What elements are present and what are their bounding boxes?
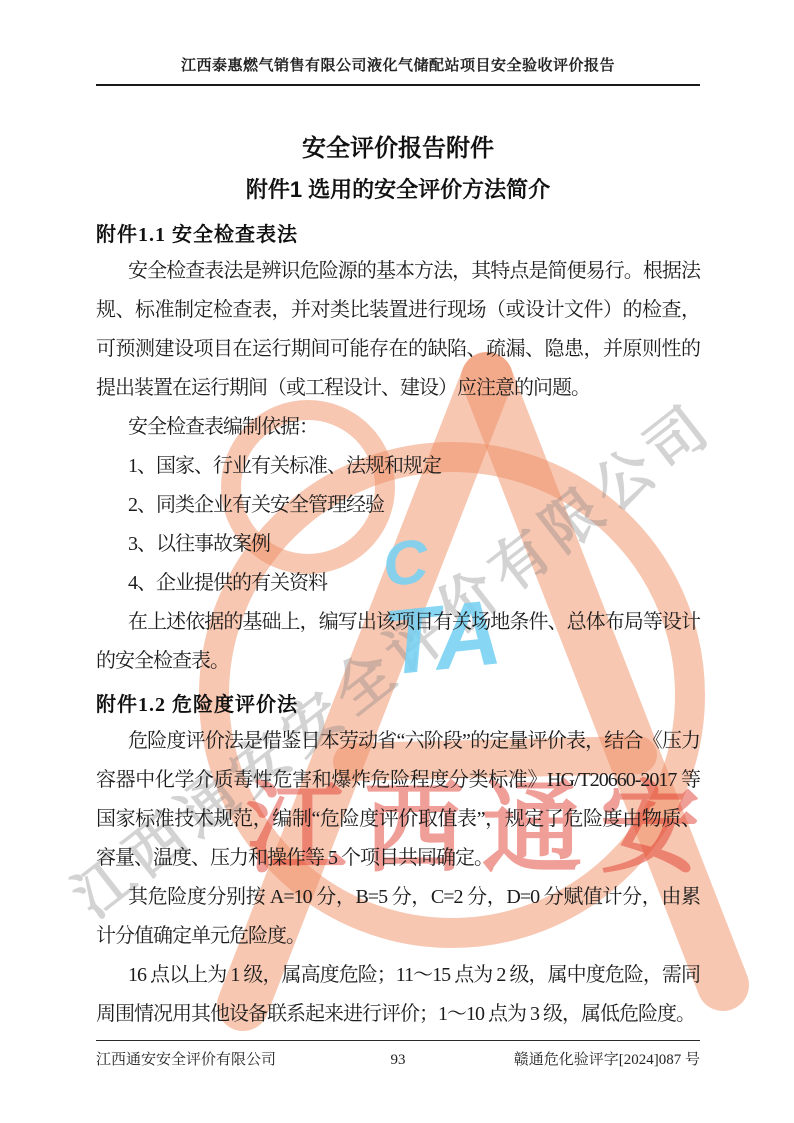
document-subtitle: 附件1 选用的安全评价方法简介: [96, 174, 700, 206]
paragraph: 在上述依据的基础上，编写出该项目有关场地条件、总体布局等设计的安全检查表。: [96, 603, 700, 681]
paragraph: 安全检查表编制依据：: [96, 408, 700, 447]
section-heading-1-2: 附件1.2 危险度评价法: [96, 690, 700, 720]
footer-company: 江西通安安全评价有限公司: [96, 1048, 391, 1069]
paragraph: 其危险度分别按 A=10 分，B=5 分，C=2 分，D=0 分赋值计分，由累计…: [96, 878, 700, 956]
paragraph: 安全检查表法是辨识危险源的基本方法，其特点是简便易行。根据法规、标准制定检查表，…: [96, 252, 700, 408]
list-item: 4、企业提供的有关资料: [96, 564, 700, 603]
paragraph: 16 点以上为 1 级，属高度危险；11～15 点为 2 级，属中度危险，需同周…: [96, 956, 700, 1034]
paragraph: 危险度评价法是借鉴日本劳动省“六阶段”的定量评价表，结合《压力容器中化学介质毒性…: [96, 722, 700, 878]
document-body: 安全评价报告附件 附件1 选用的安全评价方法简介 附件1.1 安全检查表法 安全…: [96, 132, 700, 1034]
footer-page-number: 93: [391, 1052, 406, 1069]
section-heading-1-1: 附件1.1 安全检查表法: [96, 220, 700, 250]
page-footer: 江西通安安全评价有限公司 93 赣通危化验评字[2024]087 号: [96, 1040, 700, 1069]
page-header: 江西泰惠燃气销售有限公司液化气储配站项目安全验收评价报告: [96, 54, 700, 86]
list-item: 2、同类企业有关安全管理经验: [96, 486, 700, 525]
document-title: 安全评价报告附件: [96, 132, 700, 166]
list-item: 3、以往事故案例: [96, 525, 700, 564]
list-item: 1、国家、行业有关标准、法规和规定: [96, 447, 700, 486]
report-page: 江西通安安全评价有限公司 C TA 江西通安 江西泰惠燃气销售有限公司液化气储配…: [0, 0, 794, 1123]
footer-doc-number: 赣通危化验评字[2024]087 号: [406, 1048, 701, 1069]
